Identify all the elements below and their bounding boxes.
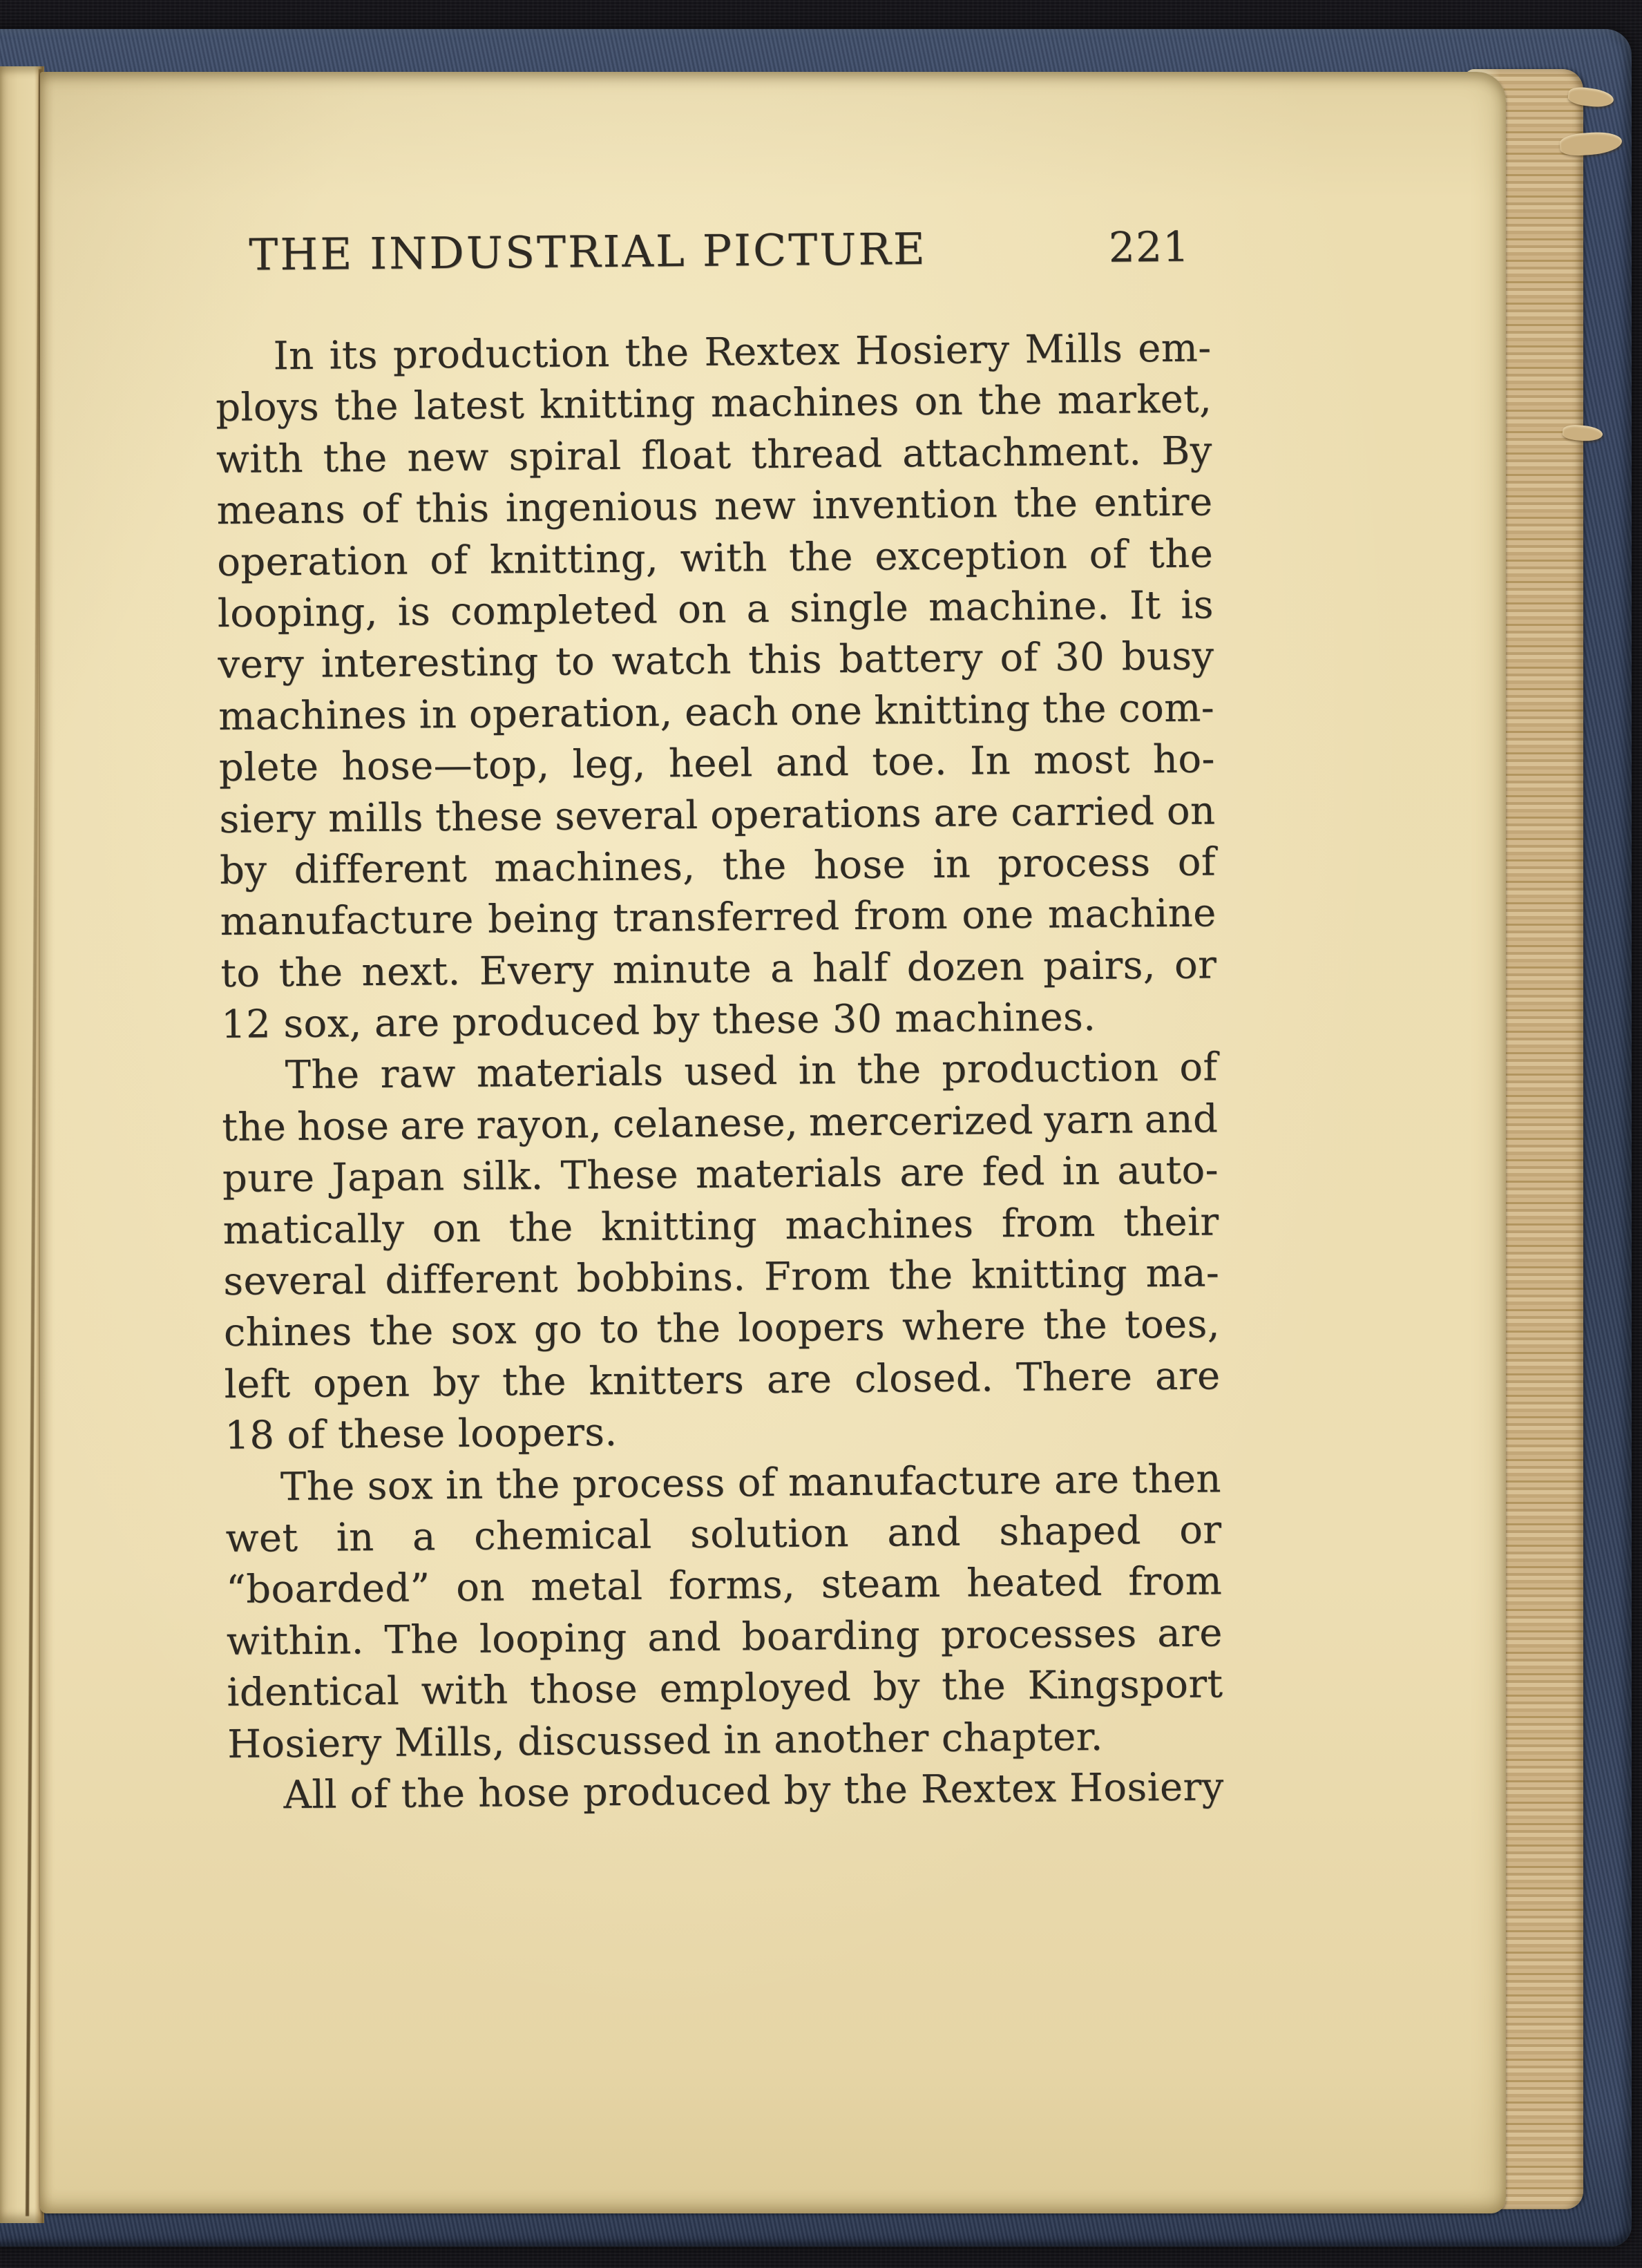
word: the: [502, 1356, 567, 1408]
text-line: machinesinoperation,eachoneknittingtheco…: [218, 683, 1215, 743]
word: of: [1000, 633, 1038, 685]
word: knitting: [601, 1201, 758, 1253]
text-line: tothenext.Everyminuteahalfdozenpairs,or: [220, 940, 1217, 1000]
word: the: [1149, 528, 1214, 580]
word: “boarded”: [226, 1563, 430, 1617]
word: of: [361, 484, 400, 536]
word: Kingsport: [1027, 1659, 1223, 1712]
word: hose: [814, 839, 906, 892]
word: means: [216, 485, 345, 537]
paragraph-indent: [222, 1088, 265, 1089]
word: manufacture: [220, 895, 474, 949]
word: in: [933, 839, 971, 890]
word: Hosiery: [1069, 1762, 1224, 1814]
word: the: [1043, 1300, 1108, 1352]
word: process: [997, 837, 1151, 890]
word: the: [843, 1764, 908, 1816]
word: plete: [219, 742, 319, 794]
word: knitting,: [490, 533, 659, 587]
word: battery: [839, 633, 983, 686]
word: new: [714, 481, 796, 533]
word: the: [369, 1306, 434, 1358]
word: left: [224, 1359, 291, 1411]
text-line: pureJapansilk.Thesematerialsarefedinauto…: [222, 1145, 1219, 1206]
word: operation,: [468, 687, 672, 741]
word: processes: [940, 1608, 1136, 1661]
word: The: [384, 1614, 459, 1666]
word: pure: [222, 1153, 315, 1206]
word: production: [393, 328, 610, 381]
word: the: [278, 947, 343, 999]
word: being: [488, 893, 599, 946]
word: hose—top,: [341, 740, 550, 793]
text-line: pletehose—top,leg,heelandtoe.Inmostho-: [219, 734, 1216, 794]
word: pairs,: [1043, 940, 1156, 993]
word: Mills: [1024, 324, 1123, 377]
word: is: [1181, 580, 1214, 631]
word: single: [790, 582, 909, 635]
word: In: [273, 331, 314, 383]
word: one: [962, 890, 1034, 942]
text-line: veryinterestingtowatchthisbatteryof30bus…: [218, 631, 1214, 692]
word: to: [555, 637, 595, 689]
word: float: [641, 430, 732, 482]
word: invention: [812, 479, 997, 532]
word: exception: [875, 530, 1068, 583]
word: production: [942, 1043, 1158, 1096]
word: from: [1128, 1556, 1223, 1609]
word: with: [216, 434, 304, 486]
word: or: [1179, 1505, 1222, 1556]
word: steam: [821, 1559, 941, 1611]
text-line: operationofknitting,withtheexceptionofth…: [217, 528, 1214, 589]
page-title: THE INDUSTRIAL PICTURE: [249, 227, 927, 277]
text-line: thehosearerayon,celanese,mercerizedyarna…: [222, 1094, 1219, 1154]
text-line: InitsproductiontheRextexHosieryMillsem-: [215, 323, 1212, 383]
word: silk.: [461, 1151, 544, 1203]
word: market,: [1057, 374, 1212, 427]
word: this: [415, 484, 489, 535]
word: ploys: [216, 382, 320, 435]
word: a: [746, 584, 770, 636]
text-line: manufacturebeingtransferredfromonemachin…: [220, 888, 1216, 949]
word: interesting: [321, 637, 539, 690]
word: in: [446, 1460, 484, 1512]
word: watch: [611, 636, 732, 688]
word: auto-: [1117, 1145, 1219, 1198]
word: several: [223, 1255, 367, 1308]
word: leg,: [572, 739, 646, 791]
text-line: Hosiery Mills, discussed in another chap…: [227, 1710, 1224, 1771]
word: Rextex: [921, 1763, 1057, 1816]
word: There: [1016, 1351, 1133, 1404]
word: ingenious: [505, 482, 698, 535]
word: of: [1177, 837, 1216, 888]
word: then: [1132, 1454, 1221, 1506]
word: com-: [1118, 683, 1214, 735]
word: from: [854, 890, 948, 943]
word: by: [220, 845, 267, 897]
word: where: [902, 1301, 1027, 1353]
word: thread: [751, 428, 883, 481]
page-number: 221: [1109, 227, 1190, 269]
word: next.: [361, 946, 461, 999]
word: the: [222, 1102, 287, 1154]
word: are: [400, 1100, 466, 1152]
word: the: [789, 532, 854, 584]
word: dozen: [906, 941, 1024, 993]
word: is: [397, 587, 430, 638]
word: 30: [1055, 632, 1105, 684]
word: yarn: [1044, 1094, 1134, 1147]
word: on: [432, 1203, 481, 1255]
word: minute: [612, 944, 752, 996]
text-line: within.Theloopingandboardingprocessesare: [227, 1608, 1223, 1668]
text-line: “boarded”onmetalforms,steamheatedfrom: [226, 1556, 1223, 1617]
word: in: [1062, 1146, 1100, 1198]
word: the: [722, 841, 787, 893]
word: different: [385, 1254, 558, 1307]
word: several: [555, 790, 698, 842]
running-head: THE INDUSTRIAL PICTURE 221: [214, 219, 1211, 332]
text-line: ploysthelatestknittingmachinesonthemarke…: [216, 374, 1212, 435]
word: on: [678, 584, 727, 636]
text-line: bydifferentmachines,thehoseinprocessof: [220, 837, 1216, 897]
word: by: [783, 1765, 831, 1817]
word: siery: [219, 793, 316, 846]
text-line: Therawmaterialsusedintheproductionof: [221, 1042, 1218, 1103]
word: on: [1166, 785, 1215, 837]
word: with: [421, 1666, 508, 1718]
word: in: [336, 1512, 374, 1564]
text-block: THE INDUSTRIAL PICTURE 221 Initsproducti…: [214, 219, 1224, 1822]
word: the: [978, 376, 1043, 428]
word: machines: [785, 1199, 974, 1252]
paragraph-indent: [228, 1807, 271, 1809]
body-lines: InitsproductiontheRextexHosieryMillsem-p…: [215, 323, 1224, 1822]
word: bobbins.: [576, 1252, 746, 1305]
word: fed: [982, 1147, 1045, 1199]
word: Rextex: [704, 326, 840, 379]
word: are: [1054, 1454, 1120, 1506]
word: rayon,: [476, 1099, 602, 1152]
word: attachment.: [902, 426, 1142, 479]
word: ho-: [1153, 734, 1216, 786]
word: machines: [218, 689, 408, 743]
word: are: [1157, 1608, 1223, 1659]
word: raw: [380, 1049, 456, 1100]
word: heel: [669, 738, 754, 790]
word: of: [1179, 1042, 1218, 1094]
word: transferred: [613, 891, 840, 944]
word: knitting: [540, 379, 696, 431]
word: machines,: [494, 841, 696, 895]
word: new: [407, 432, 489, 484]
word: solution: [690, 1508, 849, 1561]
word: by: [432, 1357, 480, 1409]
word: These: [560, 1150, 678, 1202]
word: machine: [1048, 888, 1216, 942]
word: to: [220, 948, 260, 1000]
word: the: [401, 1769, 466, 1820]
text-line: looping,iscompletedonasinglemachine.Itis: [218, 580, 1214, 640]
word: a: [770, 943, 794, 995]
word: sox: [367, 1460, 433, 1512]
word: of: [350, 1769, 388, 1821]
word: of: [1089, 529, 1127, 581]
word: are: [767, 1354, 832, 1406]
word: forms,: [669, 1560, 796, 1612]
text-line: maticallyontheknittingmachinesfromtheir: [222, 1197, 1219, 1257]
word: identical: [227, 1666, 399, 1719]
word: wet: [225, 1513, 298, 1565]
word: the: [624, 327, 689, 379]
word: or: [1174, 940, 1217, 991]
word: and: [775, 737, 849, 789]
word: on: [914, 377, 963, 428]
word: are: [1155, 1351, 1221, 1402]
text-line: chinesthesoxgotothelooperswherethetoes,: [224, 1299, 1221, 1360]
text-line: wetinachemicalsolutionandshapedor: [225, 1505, 1222, 1565]
word: and: [647, 1612, 721, 1664]
word: It: [1129, 580, 1161, 632]
word: their: [1123, 1197, 1219, 1249]
word: with: [680, 533, 767, 585]
word: All: [283, 1769, 337, 1821]
word: of: [430, 535, 468, 587]
word: busy: [1121, 631, 1214, 684]
word: in: [798, 1046, 836, 1098]
text-line: identicalwiththoseemployedbytheKingsport: [227, 1659, 1223, 1719]
text-line: AllofthehoseproducedbytheRextexHosiery: [227, 1762, 1224, 1822]
word: half: [812, 942, 888, 994]
text-line: sierymillstheseseveraloperationsarecarri…: [219, 785, 1216, 846]
word: this: [748, 635, 822, 687]
word: used: [684, 1046, 778, 1098]
word: manufacture: [788, 1455, 1042, 1509]
word: these: [435, 791, 543, 844]
word: the: [656, 1304, 721, 1355]
word: From: [764, 1251, 871, 1304]
word: carried: [1011, 786, 1155, 839]
text-line: severaldifferentbobbins.Fromtheknittingm…: [223, 1248, 1220, 1308]
word: matically: [222, 1203, 404, 1257]
word: chines: [224, 1307, 352, 1360]
word: operations: [710, 788, 922, 841]
word: knitting: [971, 1249, 1128, 1302]
word: different: [294, 844, 467, 897]
word: the: [857, 1045, 922, 1097]
word: boarding: [741, 1610, 920, 1664]
paragraph-indent: [225, 1499, 268, 1500]
word: within.: [227, 1615, 365, 1668]
word: the: [942, 1661, 1006, 1713]
word: materials: [696, 1148, 883, 1201]
word: the: [508, 1202, 573, 1254]
word: very: [218, 639, 304, 691]
word: latest: [413, 380, 524, 432]
word: are: [899, 1147, 965, 1199]
word: loopers: [738, 1302, 885, 1355]
text-line: leftopenbytheknittersareclosed.Thereare: [224, 1351, 1221, 1411]
word: its: [329, 330, 378, 382]
word: employed: [659, 1662, 851, 1715]
word: knitters: [589, 1355, 744, 1407]
text-line: withthenewspiralfloatthreadattachment.By: [216, 426, 1213, 486]
word: toe.: [872, 736, 947, 788]
text-line: 12 sox, are produced by these 30 machine…: [221, 991, 1218, 1051]
word: from: [1002, 1198, 1096, 1250]
word: chemical: [474, 1510, 652, 1563]
word: looping: [479, 1613, 627, 1666]
word: mercerized: [809, 1096, 1033, 1149]
word: are: [933, 788, 999, 839]
word: the: [888, 1250, 953, 1302]
text-line: 18 of these loopers.: [225, 1402, 1221, 1462]
word: closed.: [855, 1353, 994, 1405]
word: spiral: [508, 431, 622, 484]
word: by: [872, 1661, 920, 1713]
word: produced: [583, 1766, 771, 1819]
word: metal: [531, 1561, 643, 1614]
word: In: [970, 736, 1011, 788]
word: Every: [479, 945, 594, 998]
text-line: meansofthisingeniousnewinventiontheentir…: [216, 477, 1213, 537]
scanned-book-photo: { "page": { "header": { "title": "THE IN…: [0, 0, 1642, 2268]
word: and: [887, 1507, 961, 1559]
word: most: [1033, 735, 1130, 788]
word: those: [530, 1664, 638, 1717]
word: on: [456, 1563, 505, 1614]
word: open: [313, 1357, 410, 1410]
word: Hosiery: [855, 325, 1010, 377]
paragraph-indent: [216, 368, 258, 370]
word: shaped: [999, 1505, 1141, 1558]
word: completed: [450, 584, 658, 638]
word: the: [1013, 478, 1078, 530]
word: of: [737, 1458, 776, 1509]
word: operation: [217, 535, 408, 589]
word: in: [419, 689, 457, 741]
word: go: [534, 1305, 583, 1357]
word: toes,: [1125, 1299, 1221, 1352]
word: process: [572, 1458, 725, 1510]
word: hose: [478, 1768, 571, 1820]
word: sox: [450, 1306, 517, 1357]
word: the: [495, 1459, 560, 1511]
word: em-: [1138, 323, 1212, 374]
word: hose: [297, 1101, 390, 1154]
text-line: Thesoxintheprocessofmanufacturearethen: [225, 1454, 1222, 1514]
word: ma-: [1145, 1248, 1219, 1299]
word: knitting: [874, 684, 1031, 736]
word: The: [285, 1050, 359, 1102]
word: heated: [966, 1557, 1102, 1610]
word: one: [790, 686, 863, 738]
word: the: [334, 381, 399, 433]
word: and: [1144, 1094, 1218, 1145]
book-page: THE INDUSTRIAL PICTURE 221 Initsproducti…: [40, 72, 1506, 2213]
word: materials: [477, 1047, 664, 1100]
word: celanese,: [613, 1098, 799, 1151]
word: machines: [711, 377, 900, 430]
word: Japan: [332, 1152, 445, 1204]
word: The: [280, 1461, 355, 1513]
word: By: [1161, 426, 1212, 477]
word: to: [600, 1304, 640, 1356]
word: mills: [328, 792, 423, 845]
word: each: [685, 687, 779, 739]
word: looping,: [218, 587, 379, 640]
word: entire: [1094, 477, 1213, 530]
word: the: [323, 433, 388, 485]
word: a: [412, 1512, 436, 1563]
word: machine.: [928, 581, 1110, 634]
word: the: [1042, 683, 1107, 735]
